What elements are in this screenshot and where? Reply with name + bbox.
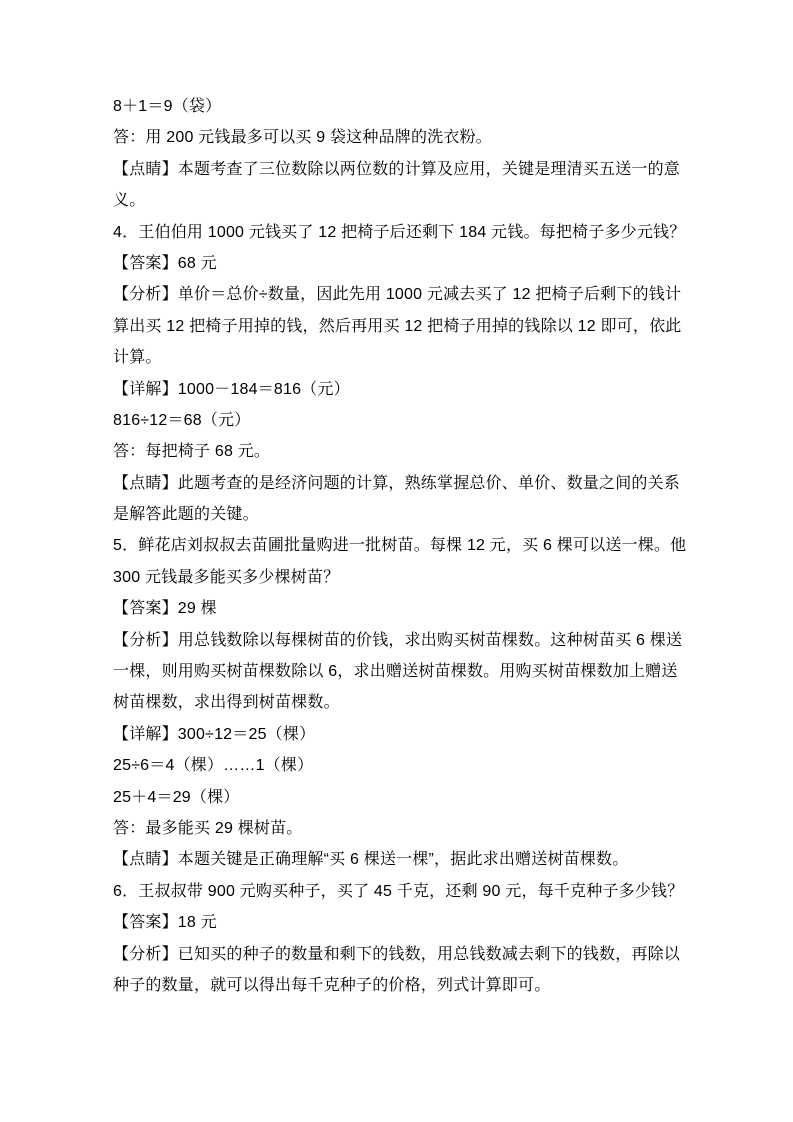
answer-label-line: 【答案】29 棵 [113, 593, 685, 624]
question-line: 5．鲜花店刘叔叔去苗圃批量购进一批树苗。每棵 12 元，买 6 棵可以送一棵。他 [113, 530, 685, 561]
equation-line: 25÷6＝4（棵）……1（棵） [113, 750, 685, 781]
analysis-line: 树苗棵数，求出得到树苗棵数。 [113, 687, 685, 718]
question-line: 6．王叔叔带 900 元购买种子，买了 45 千克，还剩 90 元，每千克种子多… [113, 876, 685, 907]
solution-line: 【详解】1000－184＝816（元） [113, 374, 685, 405]
problem-6: 6．王叔叔带 900 元购买种子，买了 45 千克，还剩 90 元，每千克种子多… [113, 876, 685, 1002]
answer-sentence-line: 答：用 200 元钱最多可以买 9 袋这种品牌的洗衣粉。 [113, 122, 685, 153]
equation-line: 816÷12＝68（元） [113, 405, 685, 436]
analysis-line: 【分析】单价＝总价÷数量，因此先用 1000 元减去买了 12 把椅子后剩下的钱… [113, 279, 685, 310]
analysis-line: 一棵，则用购买树苗棵数除以 6，求出赠送树苗棵数。用购买树苗棵数加上赠送 [113, 656, 685, 687]
analysis-line: 【分析】用总钱数除以每棵树苗的价钱，求出购买树苗棵数。这种树苗买 6 棵送 [113, 625, 685, 656]
analysis-line: 计算。 [113, 342, 685, 373]
problem-5: 5．鲜花店刘叔叔去苗圃批量购进一批树苗。每棵 12 元，买 6 棵可以送一棵。他… [113, 530, 685, 875]
answer-label-line: 【答案】68 元 [113, 248, 685, 279]
solution-line: 【详解】300÷12＝25（棵） [113, 719, 685, 750]
comment-line: 义。 [113, 185, 685, 216]
answer-sentence-line: 答：每把椅子 68 元。 [113, 436, 685, 467]
answer-label-line: 【答案】18 元 [113, 907, 685, 938]
analysis-line: 【分析】已知买的种子的数量和剩下的钱数，用总钱数减去剩下的钱数，再除以 [113, 939, 685, 970]
comment-line: 【点睛】此题考查的是经济问题的计算，熟练掌握总价、单价、数量之间的关系 [113, 468, 685, 499]
equation-line: 8＋1＝9（袋） [113, 91, 685, 122]
analysis-line: 种子的数量，就可以得出每千克种子的价格，列式计算即可。 [113, 970, 685, 1001]
comment-line: 【点睛】本题考查了三位数除以两位数的计算及应用，关键是理清买五送一的意 [113, 154, 685, 185]
analysis-line: 算出买 12 把椅子用掉的钱，然后再用买 12 把椅子用掉的钱除以 12 即可，… [113, 311, 685, 342]
comment-line: 是解答此题的关键。 [113, 499, 685, 530]
question-line: 300 元钱最多能买多少棵树苗？ [113, 562, 685, 593]
comment-line: 【点睛】本题关键是正确理解“买 6 棵送一棵”，据此求出赠送树苗棵数。 [113, 844, 685, 875]
problem-4: 4．王伯伯用 1000 元钱买了 12 把椅子后还剩下 184 元钱。每把椅子多… [113, 217, 685, 531]
document-page: 8＋1＝9（袋） 答：用 200 元钱最多可以买 9 袋这种品牌的洗衣粉。 【点… [113, 91, 685, 1001]
problem-3-answer-tail: 8＋1＝9（袋） 答：用 200 元钱最多可以买 9 袋这种品牌的洗衣粉。 【点… [113, 91, 685, 217]
equation-line: 25＋4＝29（棵） [113, 782, 685, 813]
answer-sentence-line: 答：最多能买 29 棵树苗。 [113, 813, 685, 844]
question-line: 4．王伯伯用 1000 元钱买了 12 把椅子后还剩下 184 元钱。每把椅子多… [113, 217, 685, 248]
